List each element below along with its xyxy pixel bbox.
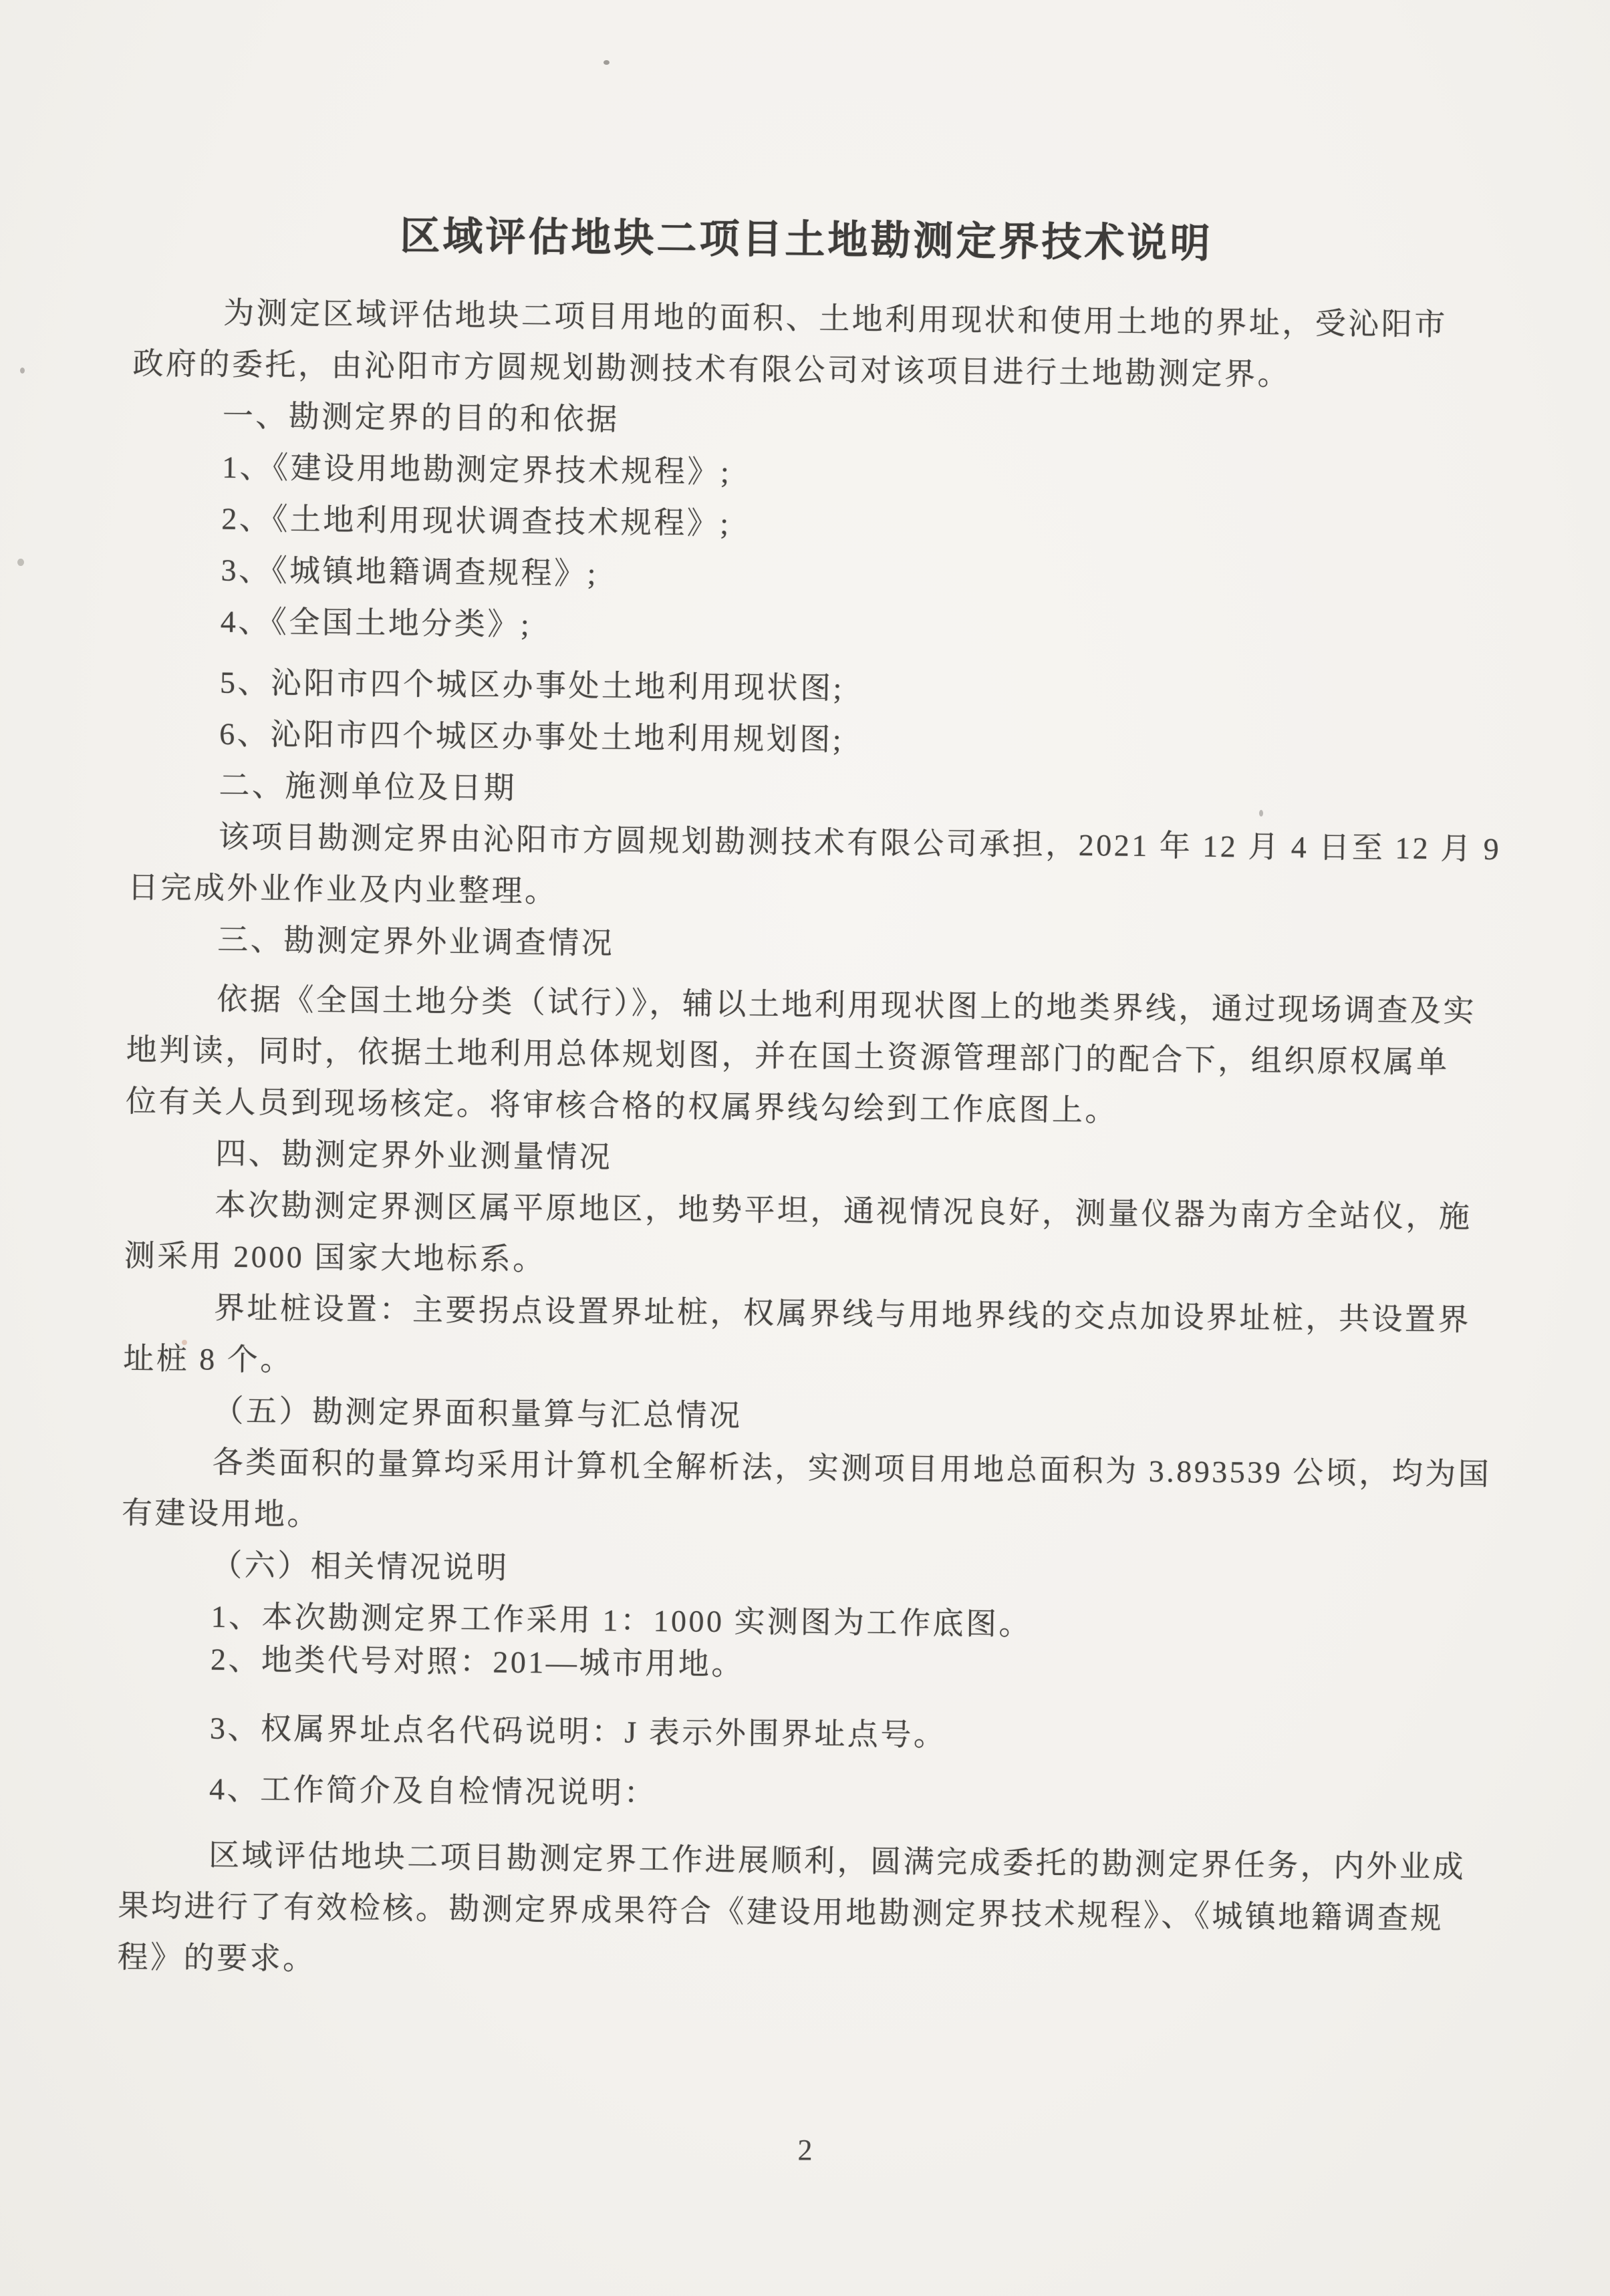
scan-speck [20, 368, 25, 374]
scanned-document-page: 区域评估地块二项目土地勘测定界技术说明 为测定区域评估地块二项目用地的面积、土地… [0, 0, 1610, 2296]
document-body: 区域评估地块二项目土地勘测定界技术说明 为测定区域评估地块二项目用地的面积、土地… [117, 211, 1478, 1995]
scan-speck [603, 60, 610, 65]
list-item: 4、工作简介及自检情况说明： [119, 1762, 1464, 1826]
page-number: 2 [0, 2133, 1610, 2167]
document-title: 区域评估地块二项目土地勘测定界技术说明 [134, 211, 1479, 268]
scan-speck [17, 559, 24, 566]
list-item: 3、权属界址点名代码说明：J 表示外围界址点号。 [120, 1701, 1465, 1765]
